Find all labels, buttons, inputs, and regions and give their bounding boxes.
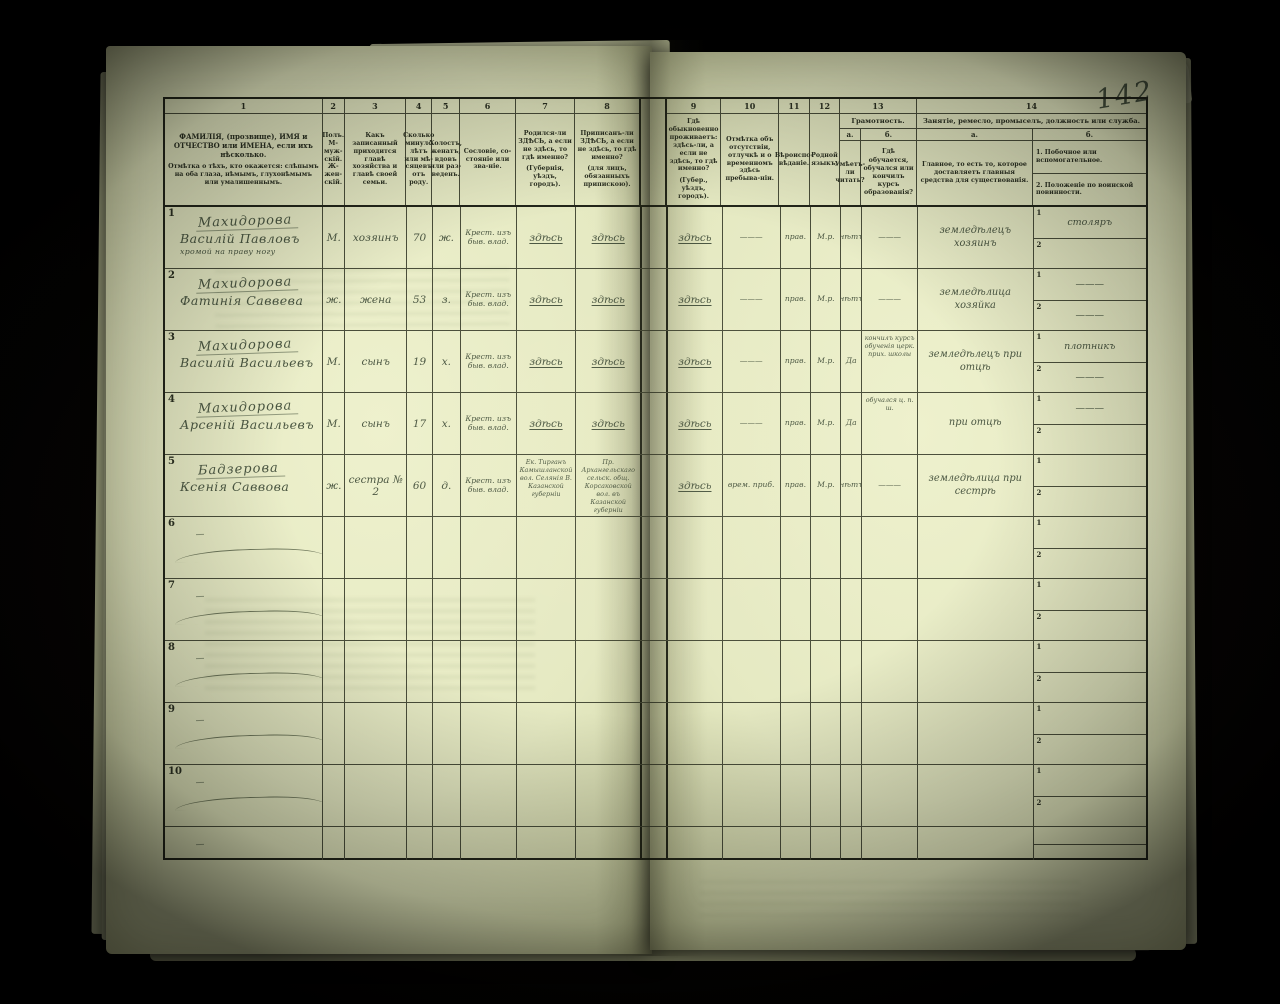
cell-education: кончилъ курсъ обученія церк. прих. школы [862,331,918,392]
table-header: 1 ФАМИЛІЯ, (прозвище), ИМЯ и ОТЧЕСТВО ил… [165,99,1146,207]
cell-registered [576,703,642,764]
cell-born [517,641,577,702]
cell-relation: сынъ [345,331,407,392]
cell-relation: хозяинъ [345,207,407,268]
cell-literate [841,579,862,640]
cell-estate [461,579,517,640]
table-row: 6 1 2 [165,517,1146,579]
cell-literate [841,641,862,702]
header-col-registered: 8 Приписанъ-ли ЗДѢСЬ, а если не здѣсь, т… [575,99,640,205]
header-col-absence: 10 Отмѣтка объ отсутствіи, отлучкѣ и о в… [721,99,779,205]
cell-occupation-main [918,641,1034,702]
cell-registered: здѣсь [576,331,642,392]
table-row: 10 1 2 [165,765,1146,827]
crossout-stroke [175,733,324,749]
cell-registered [576,827,642,860]
cell-education: ——— [862,455,918,516]
cell-absence [723,703,781,764]
cell-occupation-side: 1 2 [1034,765,1147,826]
cell-born [517,703,577,764]
cell-sex: ж. [323,455,345,516]
cell-relation: сынъ [345,393,407,454]
cell-language: М.р. [811,207,841,268]
cell-absence: врем. приб. [723,455,781,516]
crossout-stroke [175,609,324,625]
cell-resides [668,703,723,764]
cell-estate [461,827,517,860]
cell-name: 3 Махидорова Василій Васильевъ [165,331,323,392]
cell-name: 2 Махидорова Фатинія Саввева [165,269,323,330]
cell-occupation-main: при отцѣ [918,393,1034,454]
cell-born: здѣсь [517,207,577,268]
cell-fold-gap [642,827,668,860]
table-row: 3 Махидорова Василій Васильевъ М. сынъ 1… [165,331,1146,393]
cell-education [862,579,918,640]
cell-occupation-side: 1 2 [1034,517,1147,578]
cell-occupation-side: 1 2 [1034,455,1147,516]
cell-occupation-main [918,765,1034,826]
table-body: 1 Махидорова Василій Павловъ хромой на п… [165,207,1146,860]
census-table: 1 ФАМИЛІЯ, (прозвище), ИМЯ и ОТЧЕСТВО ил… [163,97,1148,860]
cell-fold-gap [642,641,668,702]
cell-estate [461,703,517,764]
cell-registered [576,641,642,702]
cell-occupation-main: земледѣлецъ хозяинъ [918,207,1034,268]
cell-age: 53 [407,269,433,330]
cell-absence: ——— [723,331,781,392]
cell-literate: нѣтъ [841,455,862,516]
cell-marital [433,827,461,860]
crossout-stroke [175,547,324,563]
cell-name: 4 Махидорова Арсеній Васильевъ [165,393,323,454]
cell-absence [723,641,781,702]
cell-marital: х. [433,393,461,454]
cell-faith: прав. [781,393,812,454]
cell-marital [433,579,461,640]
header-col-estate: 6 Сословіе, со-стояніе или зва-ніе. [460,99,516,205]
cell-marital [433,641,461,702]
cell-occupation-side: 1——— 2——— [1034,269,1147,330]
cell-registered [576,517,642,578]
cell-registered [576,579,642,640]
header-col-relation: 3 Какъ записанный приходится главѣ хозяй… [345,99,407,205]
cell-age [407,703,433,764]
cell-age: 70 [407,207,433,268]
cell-absence [723,827,781,860]
cell-literate [841,517,862,578]
cell-faith [781,703,812,764]
cell-language: М.р. [811,393,841,454]
cell-resides: здѣсь [668,269,723,330]
cell-occupation-main [918,827,1034,860]
cell-registered: Пр. Архангельскаго сельск. общ. Корсаков… [576,455,642,516]
cell-language [811,579,841,640]
cell-age: 60 [407,455,433,516]
cell-occupation-side [1034,827,1147,860]
cell-estate: Крест. изъ быв. влад. [461,455,517,516]
cell-name: 1 Махидорова Василій Павловъ хромой на п… [165,207,323,268]
cell-relation: сестра № 2 [345,455,407,516]
cell-fold-gap [642,455,668,516]
cell-sex [323,517,345,578]
cell-name: 8 [165,641,323,702]
cell-resides [668,765,723,826]
col1-note: Отмѣтка о тѣхъ, кто окажется: слѣпымъ на… [167,163,320,187]
table-row: 9 1 2 [165,703,1146,765]
header-col-sex: 2 Полъ. М-муж-скій. Ж-жен-скій. [323,99,345,205]
cell-language: М.р. [811,331,841,392]
cell-language: М.р. [811,455,841,516]
cell-faith [781,579,812,640]
cell-education: ——— [862,269,918,330]
header-col-name: 1 ФАМИЛІЯ, (прозвище), ИМЯ и ОТЧЕСТВО ил… [165,99,323,205]
cell-marital: д. [433,455,461,516]
cell-absence: ——— [723,393,781,454]
cell-education [862,765,918,826]
cell-literate [841,827,862,860]
cell-sex [323,579,345,640]
cell-fold-gap [642,207,668,268]
cell-registered: здѣсь [576,393,642,454]
cell-resides [668,579,723,640]
cell-sex: М. [323,331,345,392]
cell-relation [345,517,407,578]
table-row: 1 Махидорова Василій Павловъ хромой на п… [165,207,1146,269]
cell-born: здѣсь [517,269,577,330]
cell-marital [433,517,461,578]
cell-estate: Крест. изъ быв. влад. [461,207,517,268]
cell-absence: ——— [723,269,781,330]
header-col-born: 7 Родился-ли ЗДѢСЬ, а если не здѣсь, то … [516,99,576,205]
cell-marital: ж. [433,207,461,268]
cell-absence: ——— [723,207,781,268]
col1-title: ФАМИЛІЯ, (прозвище), ИМЯ и ОТЧЕСТВО или … [167,132,320,159]
cell-resides: здѣсь [668,393,723,454]
cell-born: Ек. Тирганъ Камышланской вол. Селянія В.… [517,455,577,516]
cell-relation [345,579,407,640]
cell-occupation-main: земледѣлица хозяйка [918,269,1034,330]
cell-marital: з. [433,269,461,330]
table-row [165,827,1146,860]
cell-name [165,827,323,860]
cell-education: ——— [862,207,918,268]
cell-registered [576,765,642,826]
table-row: 4 Махидорова Арсеній Васильевъ М. сынъ 1… [165,393,1146,455]
cell-faith [781,517,812,578]
cell-occupation-side: 1столяръ 2 [1034,207,1147,268]
cell-born [517,827,577,860]
cell-fold-gap [642,393,668,454]
cell-name: 6 [165,517,323,578]
header-col-language: 12 Родной языкъ. [810,99,840,205]
cell-estate [461,641,517,702]
table-row: 8 1 2 [165,641,1146,703]
cell-fold-gap [642,269,668,330]
cell-faith: прав. [781,455,812,516]
cell-faith: прав. [781,331,812,392]
cell-absence [723,517,781,578]
cell-marital [433,765,461,826]
cell-sex: ж. [323,269,345,330]
cell-born: здѣсь [517,331,577,392]
table-row: 5 Бадзерова Ксенія Саввова ж. сестра № 2… [165,455,1146,517]
cell-language: М.р. [811,269,841,330]
cell-education: обучался ц. п. ш. [862,393,918,454]
cell-sex: М. [323,207,345,268]
cell-sex [323,765,345,826]
cell-occupation-side: 1 2 [1034,579,1147,640]
cell-estate: Крест. изъ быв. влад. [461,331,517,392]
cell-education [862,517,918,578]
cell-faith: прав. [781,207,812,268]
cell-occupation-main [918,703,1034,764]
cell-age [407,517,433,578]
cell-name: 5 Бадзерова Ксенія Саввова [165,455,323,516]
cell-absence [723,765,781,826]
cell-relation [345,765,407,826]
page-fold-gap [641,99,667,205]
cell-resides [668,517,723,578]
cell-language [811,703,841,764]
cell-relation [345,703,407,764]
cell-faith [781,827,812,860]
cell-literate: нѣтъ [841,207,862,268]
cell-name: 9 [165,703,323,764]
cell-faith [781,641,812,702]
cell-registered: здѣсь [576,207,642,268]
cell-education [862,827,918,860]
cell-estate: Крест. изъ быв. влад. [461,393,517,454]
cell-education [862,641,918,702]
cell-resides: здѣсь [668,331,723,392]
cell-registered: здѣсь [576,269,642,330]
cell-relation: жена [345,269,407,330]
table-row: 2 Махидорова Фатинія Саввева ж. жена 53 … [165,269,1146,331]
cell-sex [323,827,345,860]
cell-resides [668,641,723,702]
cell-literate: Да [841,331,862,392]
table-row: 7 1 2 [165,579,1146,641]
cell-fold-gap [642,331,668,392]
cell-fold-gap [642,579,668,640]
cell-fold-gap [642,517,668,578]
crossout-stroke [175,671,324,687]
cell-literate [841,703,862,764]
cell-occupation-main: земледѣлица при сестрѣ [918,455,1034,516]
cell-age: 17 [407,393,433,454]
cell-education [862,703,918,764]
cell-born: здѣсь [517,393,577,454]
cell-age [407,765,433,826]
cell-literate: Да [841,393,862,454]
cell-estate [461,517,517,578]
header-group-literacy: 13 Грамотность. а. Умѣетъ-ли читать? б. … [840,99,917,205]
header-col-age: 4 Сколько минуло лѣтъ или мѣ-сяцевъ отъ … [406,99,432,205]
cell-occupation-main: земледѣлецъ при отцѣ [918,331,1034,392]
cell-faith [781,765,812,826]
cell-born [517,579,577,640]
cell-sex [323,703,345,764]
cell-estate [461,765,517,826]
crossout-stroke [175,795,324,811]
cell-literate: нѣтъ [841,269,862,330]
cell-born [517,517,577,578]
cell-age [407,641,433,702]
cell-occupation-main [918,579,1034,640]
cell-faith: прав. [781,269,812,330]
cell-relation [345,641,407,702]
photo-background: 142 1 ФАМИЛІЯ, (прозвище), ИМЯ и ОТЧЕСТВ… [0,0,1280,1004]
header-col-resides: 9 Гдѣ обыкновенно проживаетъ: здѣсь-ли, … [667,99,722,205]
cell-resides [668,827,723,860]
header-group-occupation: 14 Занятіе, ремесло, промыселъ, должност… [917,99,1146,205]
cell-name: 7 [165,579,323,640]
cell-language [811,641,841,702]
header-col-faith: 11 Вѣроиспо-вѣданіе. [779,99,810,205]
cell-language [811,827,841,860]
cell-absence [723,579,781,640]
cell-occupation-side: 1 2 [1034,703,1147,764]
cell-occupation-side: 1плотникъ 2——— [1034,331,1147,392]
cell-name: 10 [165,765,323,826]
cell-born [517,765,577,826]
cell-literate [841,765,862,826]
cell-age [407,579,433,640]
cell-sex [323,641,345,702]
cell-marital: х. [433,331,461,392]
cell-age [407,827,433,860]
cell-fold-gap [642,765,668,826]
cell-fold-gap [642,703,668,764]
cell-relation [345,827,407,860]
cell-age: 19 [407,331,433,392]
cell-resides: здѣсь [668,207,723,268]
cell-language [811,765,841,826]
cell-marital [433,703,461,764]
cell-sex: М. [323,393,345,454]
cell-language [811,517,841,578]
cell-occupation-main [918,517,1034,578]
header-col-marital: 5 Холостъ, женатъ, вдовъ или раз-веденъ. [432,99,460,205]
cell-occupation-side: 1 2 [1034,641,1147,702]
cell-occupation-side: 1——— 2 [1034,393,1147,454]
cell-estate: Крест. изъ быв. влад. [461,269,517,330]
cell-resides: здѣсь [668,455,723,516]
